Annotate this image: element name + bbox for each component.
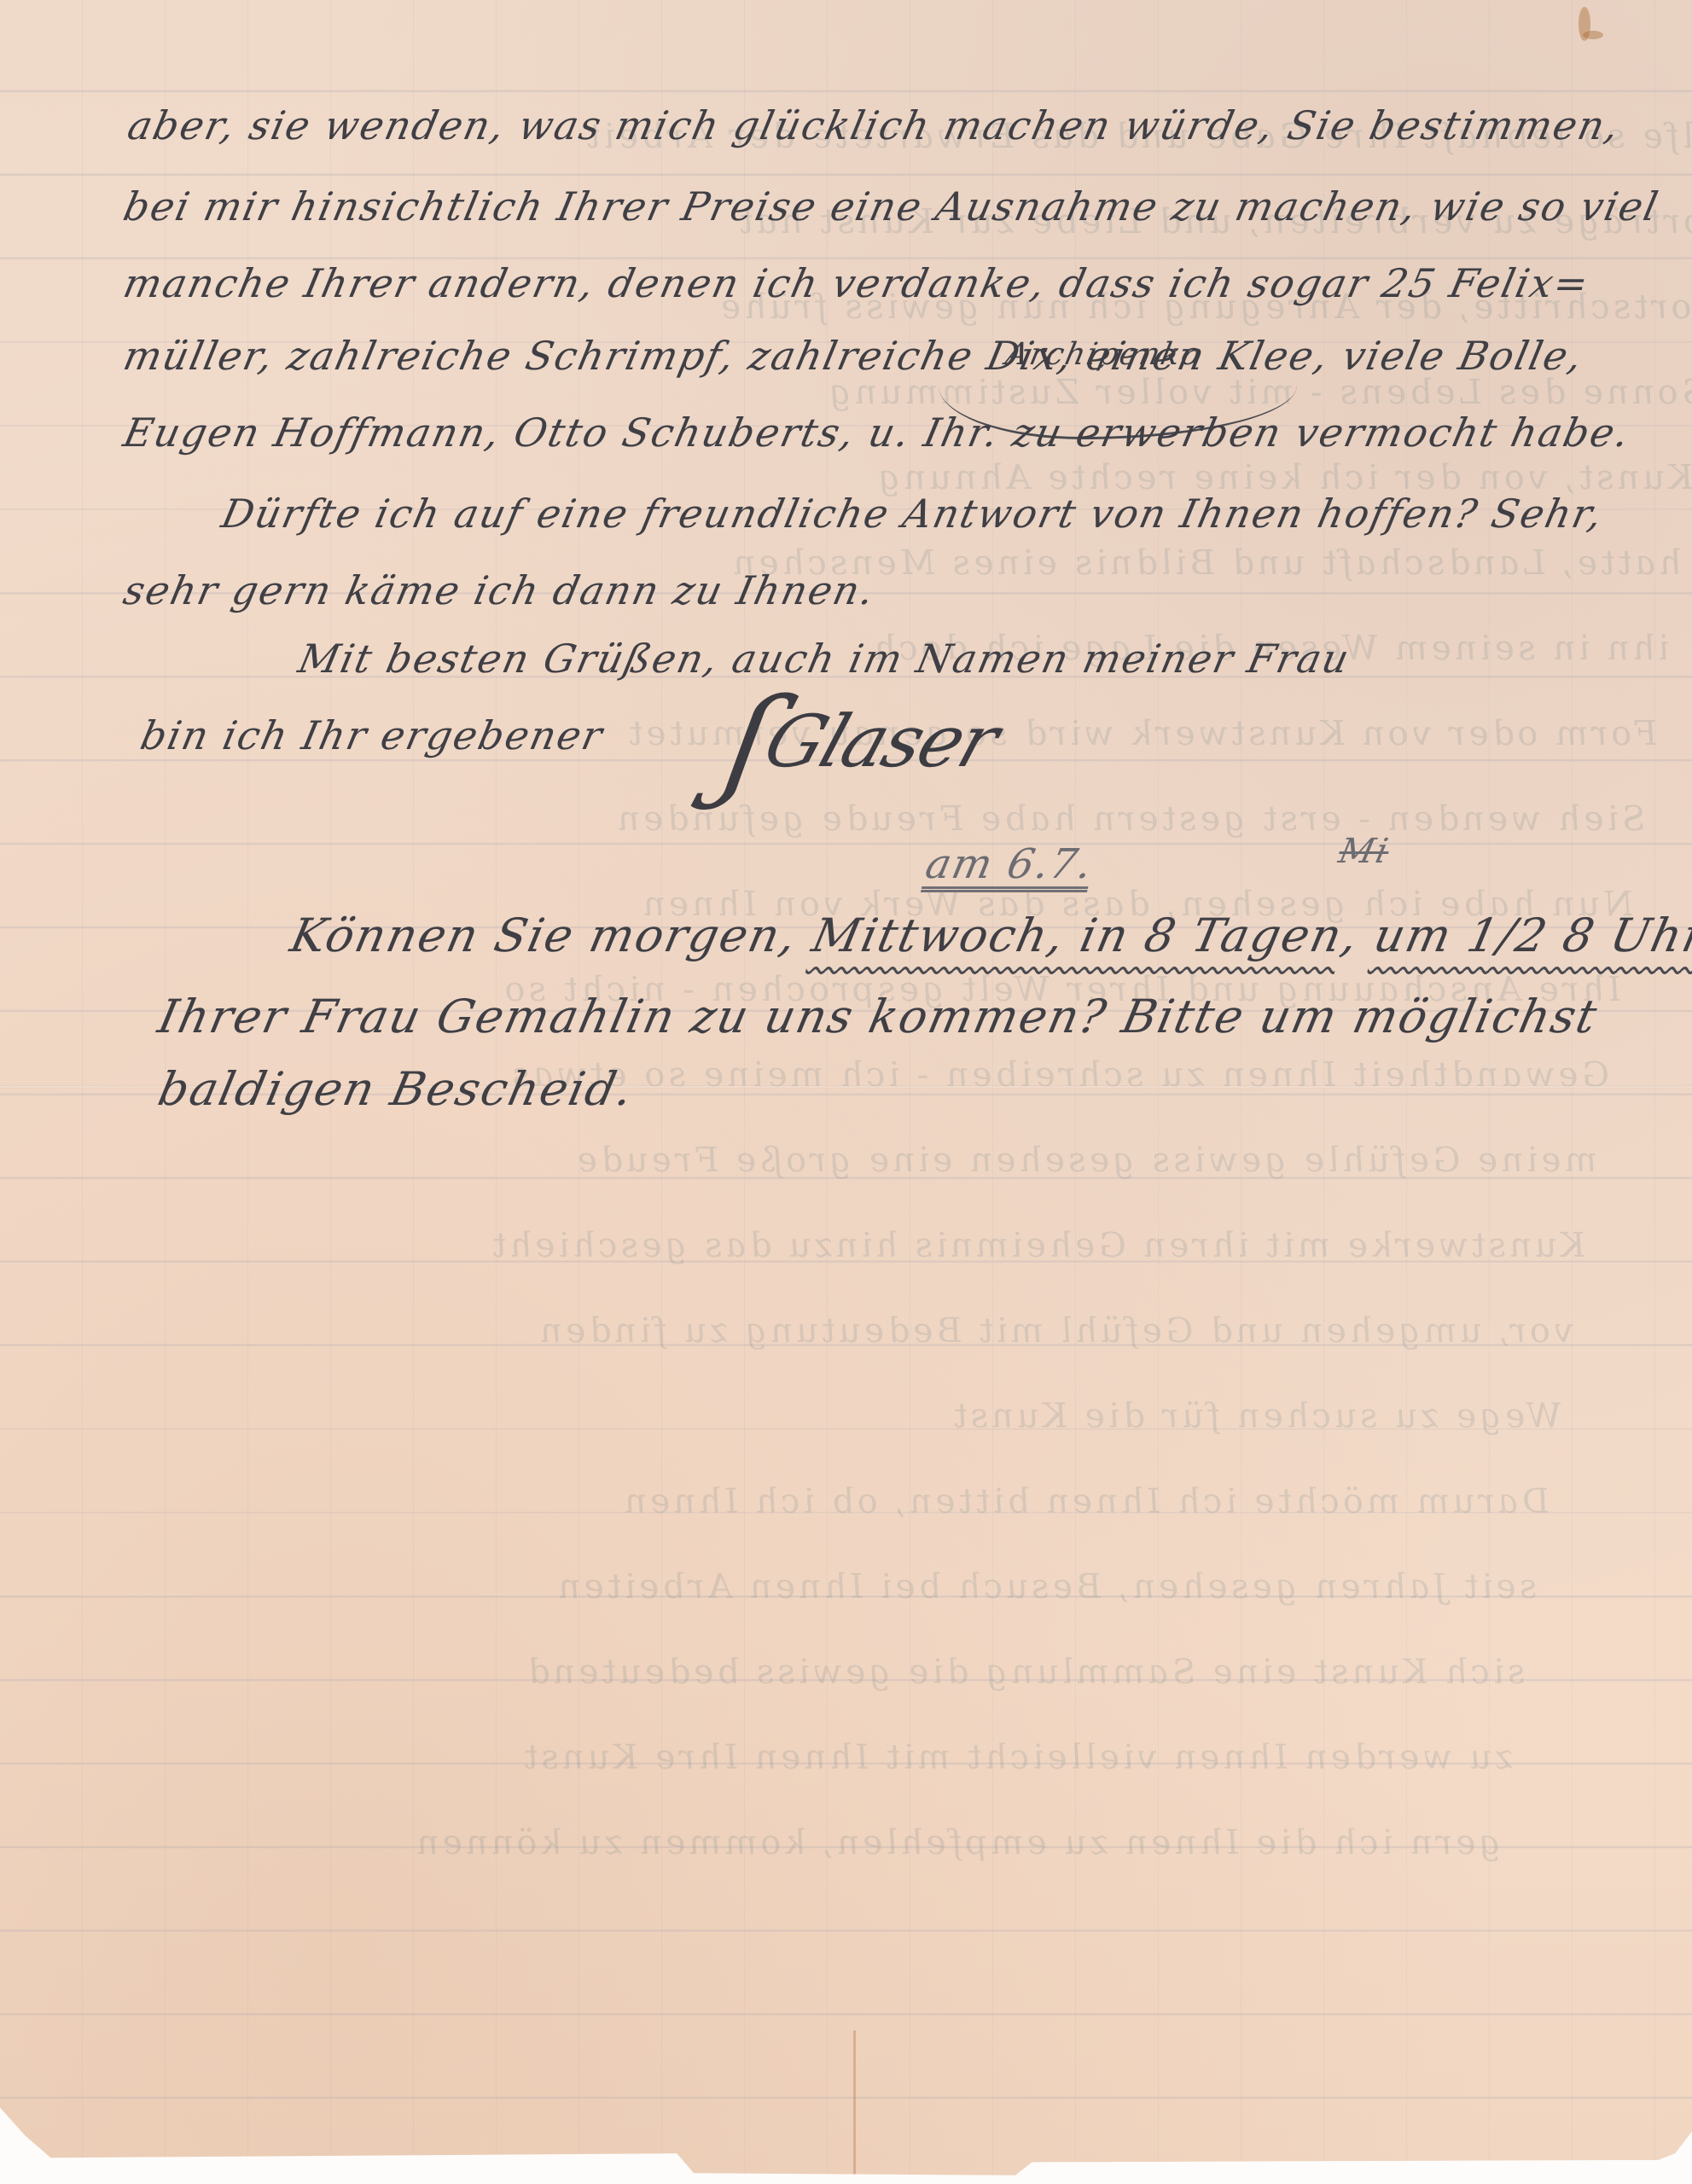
body-line-4: müller, zahlreiche Schrimpf, zahlreiche …: [119, 333, 1588, 379]
closing-greeting: Mit besten Grüßen, auch im Namen meiner …: [294, 636, 1355, 682]
signature: ʃGlaser: [720, 700, 1008, 783]
insertion-archipenko: Archipenko: [1003, 337, 1206, 372]
closing-valediction: bin ich Ihr ergebener: [137, 712, 608, 758]
body-line-6: Dürfte ich auf eine freundliche Antwort …: [218, 491, 1608, 537]
letter-content: aber, sie wenden, was mich glücklich mac…: [0, 0, 1692, 2184]
postscript-line-2: Ihrer Frau Gemahlin zu uns kommen? Bitte…: [154, 990, 1603, 1043]
body-line-3: manche Ihrer andern, denen ich verdanke,…: [119, 260, 1594, 306]
ps-before: Können Sie morgen,: [286, 909, 819, 962]
pencil-date: am 6.7.: [922, 840, 1098, 888]
pencil-struck-word: Mi: [1335, 832, 1393, 871]
signature-name: Glaser: [754, 700, 1008, 783]
body-line-1: aber, sie wenden, was mich glücklich mac…: [124, 102, 1625, 148]
body-line-5: Eugen Hoffmann, Otto Schuberts, u. Ihr. …: [119, 409, 1635, 456]
ps-time-underlined: um 1/2 8 Uhr: [1369, 909, 1692, 962]
body-line-2: bei mir hinsichtlich Ihrer Preise eine A…: [119, 183, 1663, 229]
pencil-annotation-date: am 6.7.: [922, 840, 1098, 888]
ps-wavy-underlined: Mittwoch, in 8 Tagen: [807, 909, 1348, 962]
body-line-7: sehr gern käme ich dann zu Ihnen.: [119, 567, 880, 613]
postscript-line-1: Können Sie morgen, Mittwoch, in 8 Tagen,…: [286, 909, 1692, 962]
postscript-line-3: baldigen Bescheid.: [154, 1062, 639, 1116]
